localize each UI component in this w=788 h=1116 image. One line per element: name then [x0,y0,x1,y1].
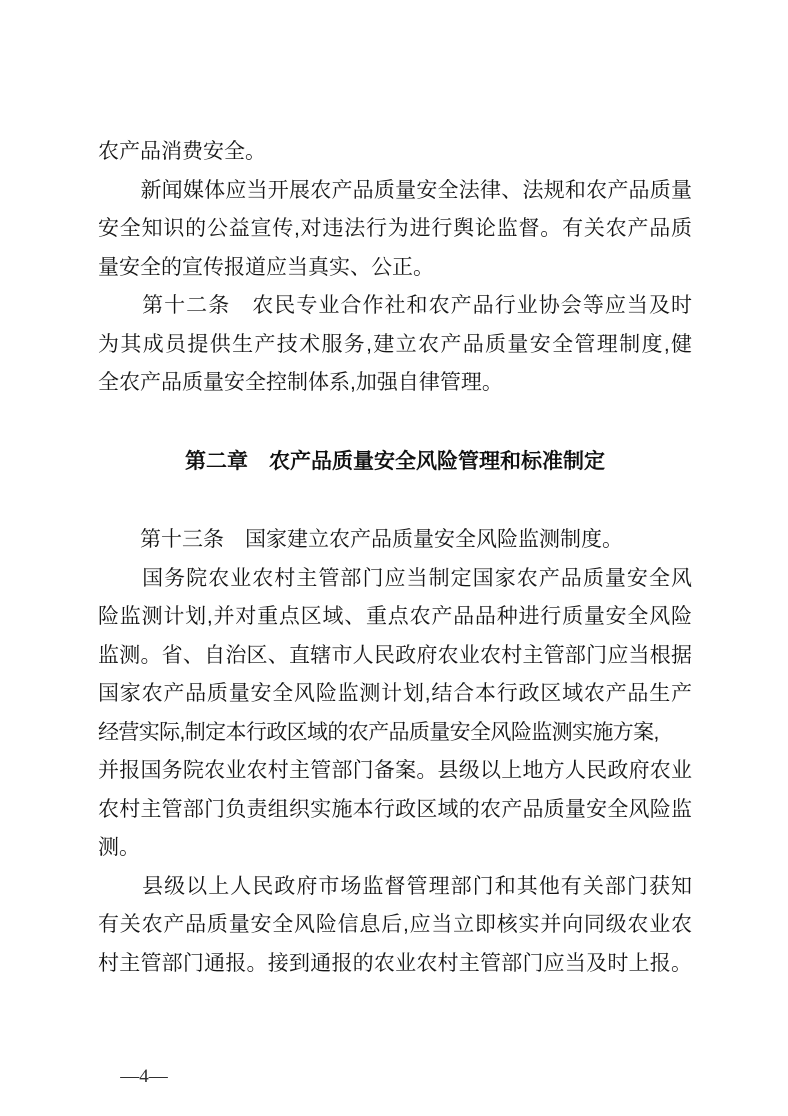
text-line: 农产品消费安全。 [98,133,692,172]
text-line: 新闻媒体应当开展农产品质量安全法律、法规和农产品质量 [98,172,692,211]
text-line: 第十二条 农民专业合作社和农产品行业协会等应当及时 [98,287,692,326]
text-line: 村主管部门通报。接到通报的农业农村主管部门应当及时上报。 [98,945,692,984]
document-page: 农产品消费安全。 新闻媒体应当开展农产品质量安全法律、法规和农产品质量 安全知识… [0,0,788,1116]
text-line: 经营实际,制定本行政区域的农产品质量安全风险监测实施方案, [98,714,692,753]
text-line: 农村主管部门负责组织实施本行政区域的农产品质量安全风险监 [98,791,692,830]
text-line: 并报国务院农业农村主管部门备案。县级以上地方人民政府农业 [98,752,692,791]
text-line: 安全知识的公益宣传,对违法行为进行舆论监督。有关农产品质 [98,210,692,249]
text-line: 监测。省、自治区、直辖市人民政府农业农村主管部门应当根据 [98,637,692,676]
text-line: 有关农产品质量安全风险信息后,应当立即核实并向同级农业农 [98,906,692,945]
text-line: 国家农产品质量安全风险监测计划,结合本行政区域农产品生产 [98,675,692,714]
text-line: 全农产品质量安全控制体系,加强自律管理。 [98,364,692,403]
text-line: 为其成员提供生产技术服务,建立农产品质量安全管理制度,健 [98,326,692,365]
text-line: 险监测计划,并对重点区域、重点农产品品种进行质量安全风险 [98,598,692,637]
text-line: 量安全的宣传报道应当真实、公正。 [98,249,692,288]
page-number: —4— [116,1064,172,1090]
text-line: 县级以上人民政府市场监督管理部门和其他有关部门获知 [98,868,692,907]
text-line: 第十三条 国家建立农产品质量安全风险监测制度。 [98,521,692,560]
document-body: 农产品消费安全。 新闻媒体应当开展农产品质量安全法律、法规和农产品质量 安全知识… [98,133,692,983]
text-line: 国务院农业农村主管部门应当制定国家农产品质量安全风 [98,560,692,599]
text-line: 测。 [98,829,692,868]
chapter-heading: 第二章 农产品质量安全风险管理和标准制定 [98,443,692,482]
